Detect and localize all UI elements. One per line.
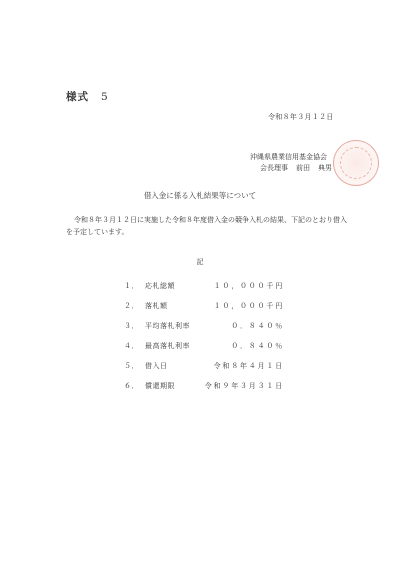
sender-organization: 沖縄県農業信用基金協会 [250,152,332,163]
item-value: ０．８４０％ [231,321,284,331]
item-label: ２．落札額 [124,301,168,311]
item-number: １． [124,282,139,290]
item-value: 令和８年４月１日 [214,361,284,371]
form-number: 5 [101,91,109,103]
item-label: ３．平均落札利率 [124,321,190,331]
item-label-text: 償還期限 [145,382,175,390]
sender-family-name: 前田 [296,164,310,172]
item-value: １０，０００千円 [214,281,284,291]
item-value: ０．８４０％ [231,341,284,351]
item-label-text: 最高落札利率 [145,342,190,350]
item-number: ３． [124,322,139,330]
item-label-text: 借入日 [145,362,168,370]
document-body: 令和８年３月１２日に実施した令和８年度借入金の競争入札の結果、下記のとおり借入を… [66,214,348,238]
seal-inner-ring [340,147,372,179]
item-number: ５． [124,362,139,370]
ki-heading: 記 [0,257,400,267]
item-label-text: 平均落札利率 [145,322,190,330]
list-item: ５．借入日 令和８年４月１日 [124,361,284,381]
document-title: 借入金に係る入札結果等について [0,190,400,201]
item-value: １０，０００千円 [214,301,284,311]
item-label-text: 落札額 [145,302,168,310]
item-number: ２． [124,302,139,310]
item-value: 令和９年３月３１日 [205,381,284,391]
form-label: 様式5 [66,89,109,104]
sender-title: 会長理事 [260,164,288,172]
sender-given-name: 典男 [318,164,332,172]
document-date: 令和８年３月１２日 [268,112,334,122]
sender-block: 沖縄県農業信用基金協会 会長理事前田典男 [250,152,332,174]
form-label-text: 様式 [66,91,89,103]
item-label: ５．借入日 [124,361,168,371]
list-item: ４．最高落札利率 ０．８４０％ [124,341,284,361]
document-page: 様式5 令和８年３月１２日 沖縄県農業信用基金協会 会長理事前田典男 借入金に係… [0,0,400,566]
list-item: ２．落札額 １０，０００千円 [124,301,284,321]
item-label: ６．償還期限 [124,381,175,391]
item-label: １．応札総額 [124,281,175,291]
list-item: ６．償還期限 令和９年３月３１日 [124,381,284,401]
list-item: ３．平均落札利率 ０．８４０％ [124,321,284,341]
item-label: ４．最高落札利率 [124,341,190,351]
item-number: ４． [124,342,139,350]
list-item: １．応札総額 １０，０００千円 [124,281,284,301]
item-number: ６． [124,382,139,390]
item-label-text: 応札総額 [145,282,175,290]
items-list: １．応札総額 １０，０００千円 ２．落札額 １０，０００千円 ３．平均落札利率 … [124,281,284,401]
official-seal-icon [333,140,379,186]
sender-representative: 会長理事前田典男 [250,163,332,174]
